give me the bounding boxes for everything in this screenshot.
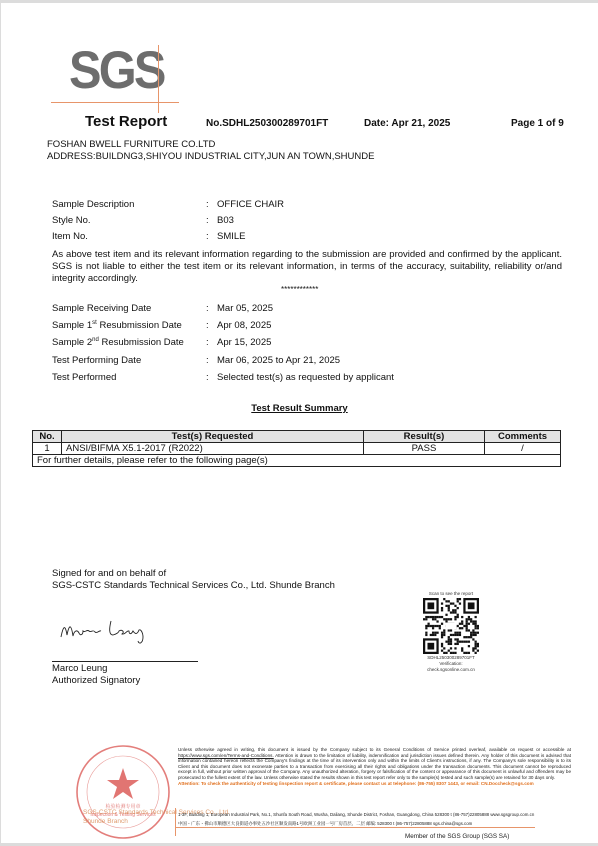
signed-block: Signed for and on behalf of SGS-CSTC Sta… <box>52 568 335 592</box>
signed-line-1: Signed for and on behalf of <box>52 568 335 580</box>
table-note-row: For further details, please refer to the… <box>33 455 561 467</box>
col-no: No. <box>33 431 62 443</box>
field-label: Test Performed <box>52 372 116 383</box>
signature-line <box>52 661 198 662</box>
label-text: Test Performing Date <box>52 355 141 366</box>
footer-accent-line <box>175 808 176 836</box>
label-text: Sample 2 <box>52 337 92 348</box>
qr-caption: Scan to see the report <box>419 591 483 597</box>
field-value: Apr 08, 2025 <box>217 320 271 331</box>
cell-comments: / <box>485 443 561 455</box>
field-colon: : <box>206 337 209 348</box>
company-seal-stamp: 检验检测专用章 Inspection & Testing Services <box>73 742 173 842</box>
field-label: Style No. <box>52 215 91 226</box>
label-text: Resubmission Date <box>99 337 184 348</box>
authenticity-notice: Attention: To check the authenticity of … <box>178 781 571 787</box>
field-label: Test Performing Date <box>52 355 141 366</box>
logo-accent-line <box>158 45 159 113</box>
field-label: Sample Description <box>52 199 134 210</box>
field-colon: : <box>206 320 209 331</box>
summary-title: Test Result Summary <box>1 403 598 414</box>
field-colon: : <box>206 231 209 242</box>
field-value: OFFICE CHAIR <box>217 199 284 210</box>
client-block: FOSHAN BWELL FURNITURE CO.LTD ADDRESS:BU… <box>47 139 374 163</box>
footer-address: 1-3F, Building 1, European Industrial Pa… <box>178 810 588 828</box>
field-colon: : <box>206 372 209 383</box>
report-date: Date: Apr 21, 2025 <box>364 118 450 129</box>
table-row: 1 ANSI/BIFMA X5.1-2017 (R2022) PASS / <box>33 443 561 455</box>
sgs-logo-text: SGS <box>69 41 164 101</box>
report-number: No.SDHL250300289701FT <box>206 118 328 129</box>
field-label: Item No. <box>52 231 88 242</box>
page-number: Page 1 of 9 <box>511 118 564 129</box>
terms-fine-print: Unless otherwise agreed in writing, this… <box>178 747 571 786</box>
label-text: Resubmission Date <box>97 320 182 331</box>
address-en: 1-3F, Building 1, European Industrial Pa… <box>178 810 588 819</box>
field-value: Mar 05, 2025 <box>217 303 273 314</box>
fine-print-part-1: Unless otherwise agreed in writing, this… <box>178 747 571 752</box>
separator: ************ <box>281 285 318 294</box>
label-text: Test Performed <box>52 372 116 383</box>
signatory-role: Authorized Signatory <box>52 675 140 687</box>
field-value: Selected test(s) as requested by applica… <box>217 372 394 383</box>
terms-link[interactable]: https://www.sgs.com/en/Terms-and-Conditi… <box>178 753 274 758</box>
cell-test: ANSI/BIFMA X5.1-2017 (R2022) <box>62 443 364 455</box>
col-comments: Comments <box>485 431 561 443</box>
qr-verify-url[interactable]: check.sgsonline.com.cn <box>419 667 483 673</box>
field-label: Sample Receiving Date <box>52 303 151 314</box>
footer-accent-line <box>175 827 535 828</box>
cell-result: PASS <box>364 443 485 455</box>
result-summary-table: No. Test(s) Requested Result(s) Comments… <box>32 430 561 467</box>
field-label: Sample 1st Resubmission Date <box>52 320 182 331</box>
handwritten-signature <box>59 615 159 645</box>
cell-no: 1 <box>33 443 62 455</box>
field-colon: : <box>206 199 209 210</box>
client-address: ADDRESS:BUILDNG3,SHIYOU INDUSTRIAL CITY,… <box>47 151 374 163</box>
field-value: Mar 06, 2025 to Apr 21, 2025 <box>217 355 340 366</box>
report-page: SGS Test Report No.SDHL250300289701FT Da… <box>1 3 598 843</box>
sgs-member-text: Member of the SGS Group (SGS SA) <box>405 833 509 840</box>
field-value: SMILE <box>217 231 246 242</box>
client-name: FOSHAN BWELL FURNITURE CO.LTD <box>47 139 374 151</box>
field-colon: : <box>206 355 209 366</box>
signed-line-2: SGS-CSTC Standards Technical Services Co… <box>52 580 335 592</box>
col-test: Test(s) Requested <box>62 431 364 443</box>
signatory-name: Marco Leung <box>52 663 140 675</box>
label-text: Sample Receiving Date <box>52 303 151 314</box>
field-colon: : <box>206 215 209 226</box>
signatory-block: Marco Leung Authorized Signatory <box>52 663 140 687</box>
field-value: B03 <box>217 215 234 226</box>
label-text: Sample 1 <box>52 320 92 331</box>
disclaimer-text: As above test item and its relevant info… <box>52 249 562 285</box>
verification-qr[interactable]: Scan to see the report SDHL250300289701F… <box>419 591 483 673</box>
table-note: For further details, please refer to the… <box>33 455 561 467</box>
col-result: Result(s) <box>364 431 485 443</box>
table-header-row: No. Test(s) Requested Result(s) Comments <box>33 431 561 443</box>
field-value: Apr 15, 2025 <box>217 337 271 348</box>
qr-code-icon[interactable] <box>423 598 479 654</box>
field-label: Sample 2nd Resubmission Date <box>52 337 184 348</box>
report-title: Test Report <box>85 113 167 130</box>
label-ordinal: nd <box>92 337 99 343</box>
field-colon: : <box>206 303 209 314</box>
sgs-logo: SGS <box>49 43 179 113</box>
logo-accent-line <box>51 102 179 103</box>
